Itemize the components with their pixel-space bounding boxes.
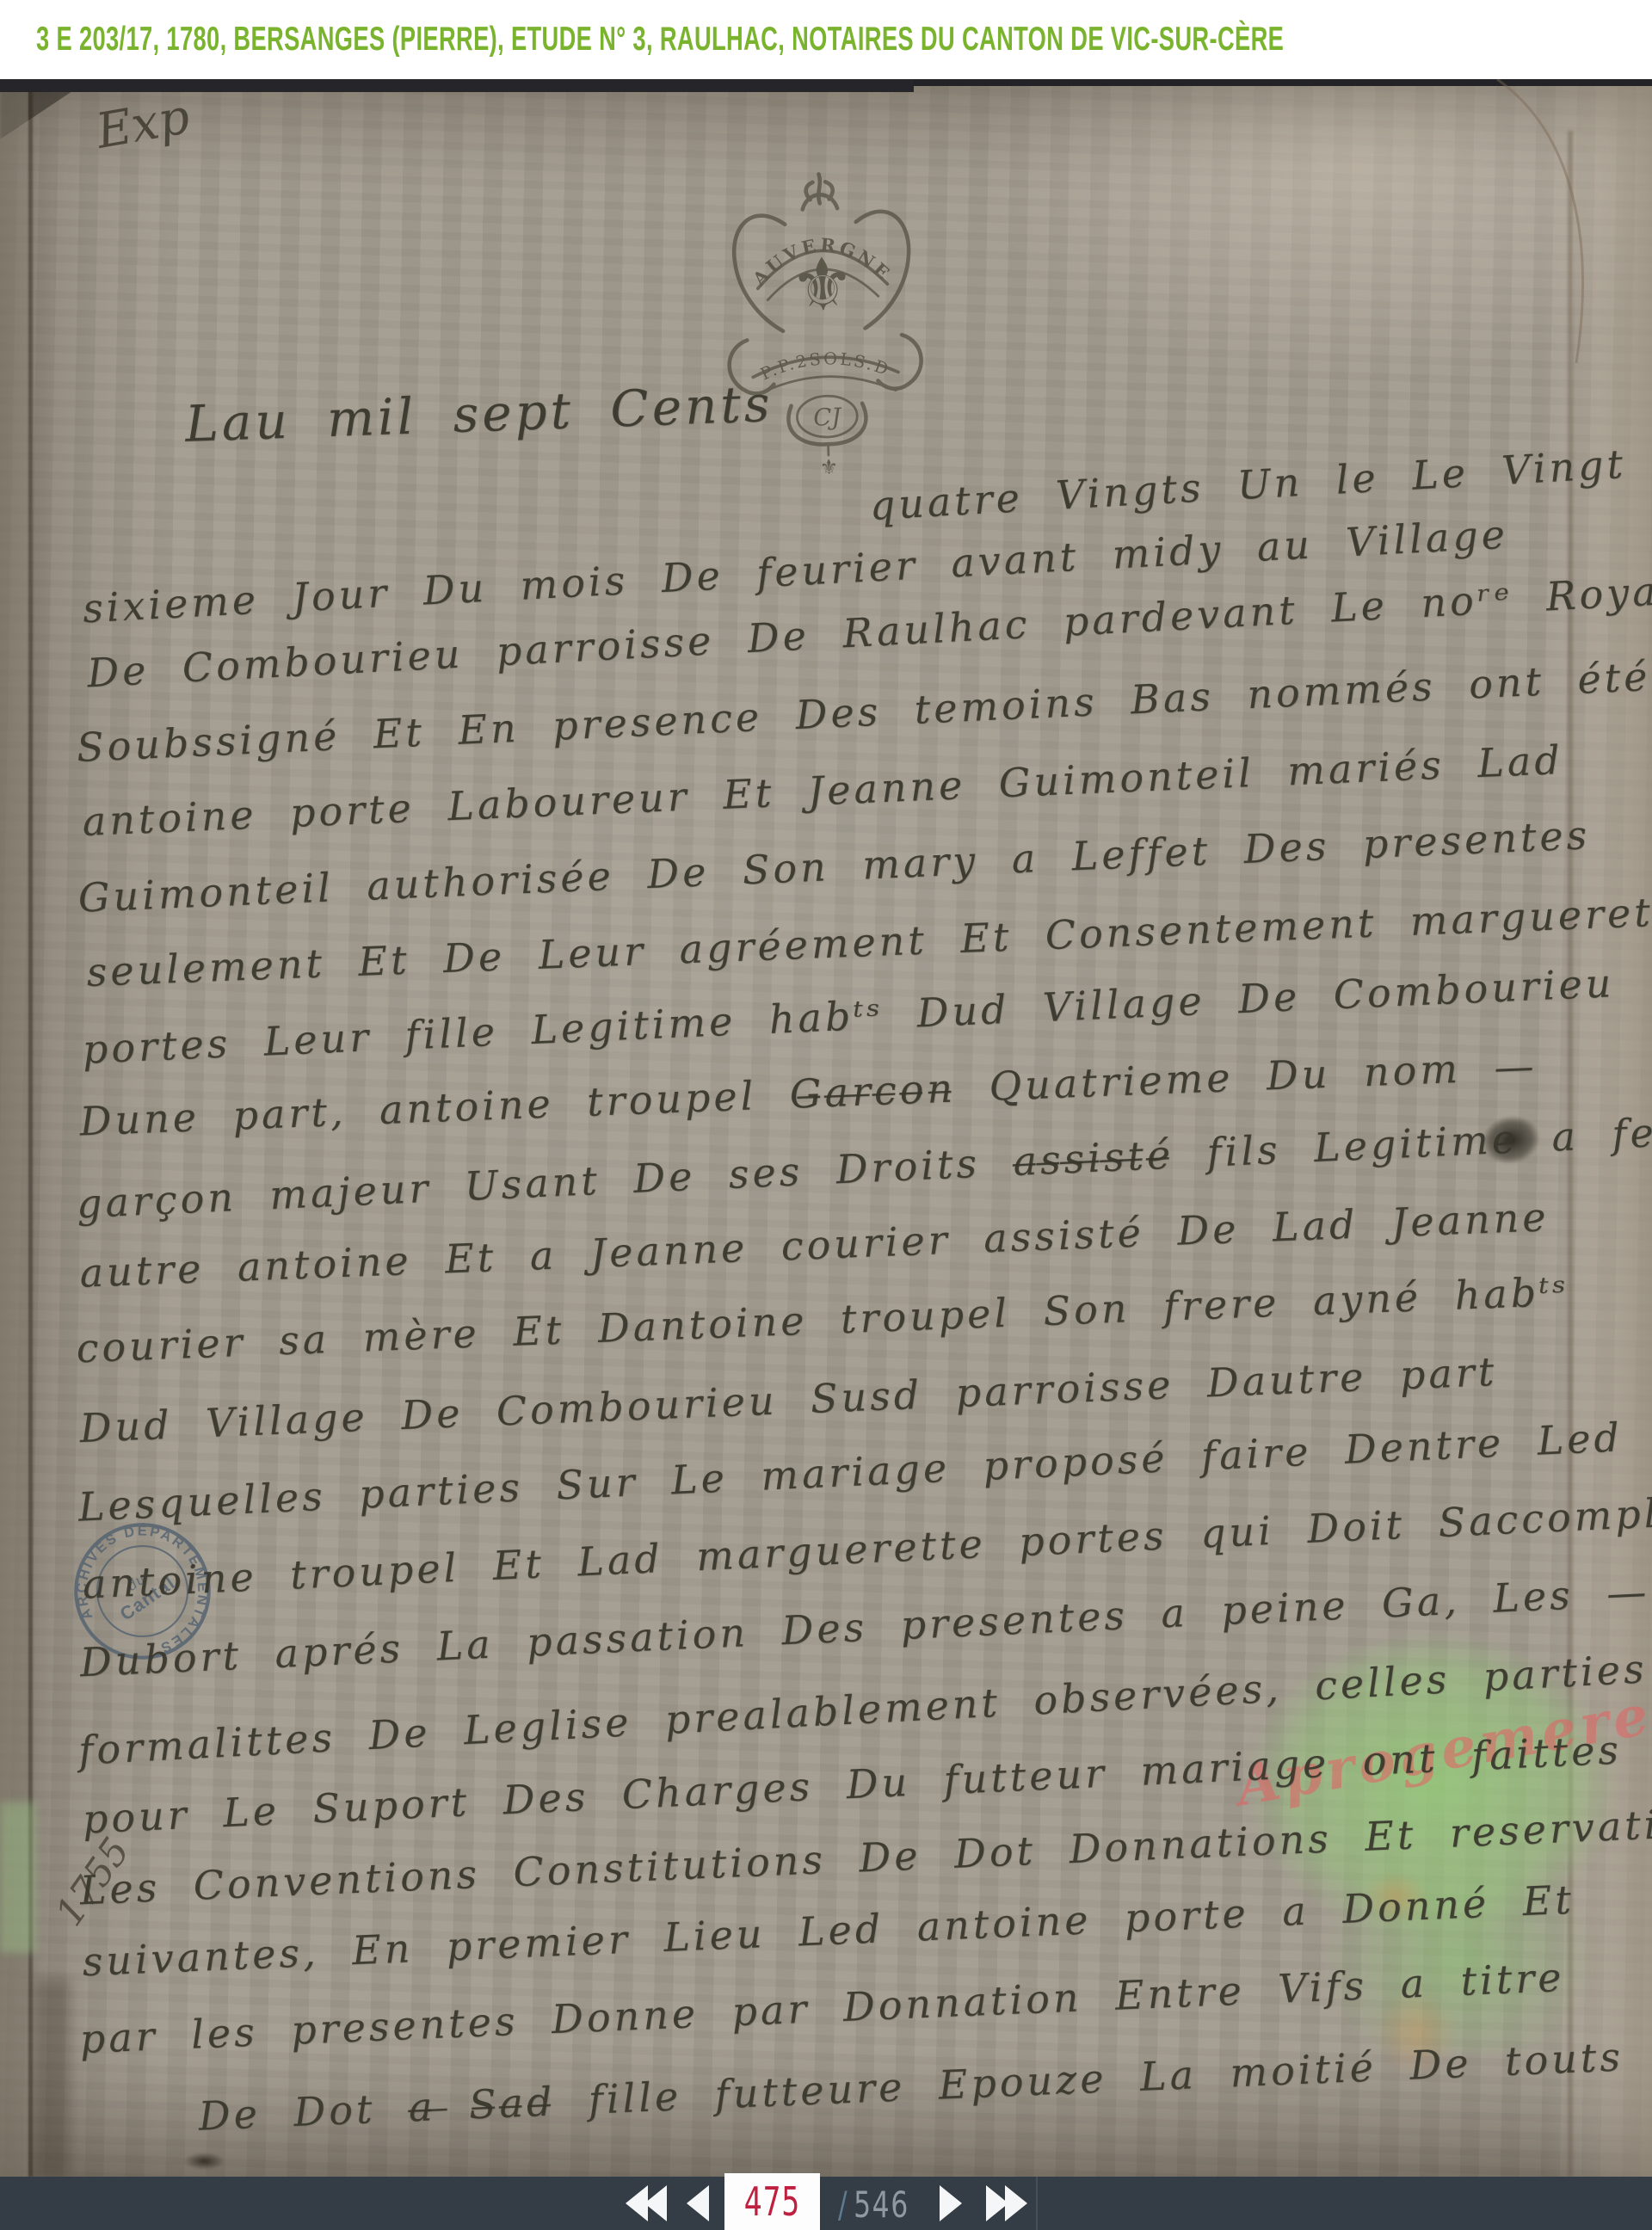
pager-bar: 475 /546 <box>0 2177 1652 2230</box>
total-pages-count: 546 <box>854 2184 909 2226</box>
manuscript-line: Lau mil sept Cents <box>184 374 774 453</box>
manuscript-line: quatre Vingts Un le Le Vingt — <box>868 436 1652 529</box>
first-page-button[interactable] <box>626 2185 667 2221</box>
step-backward-icon <box>687 2185 709 2221</box>
manuscript-line: De Dot a̶ ̶S̶a̶d̶ fille futteure Epouze … <box>198 2033 1624 2139</box>
archive-viewer: 3 E 203/17, 1780, BERSANGES (PIERRE), ET… <box>0 0 1652 2230</box>
fleur-de-lis-icon: ⚜ <box>789 243 857 327</box>
fast-backward-icon <box>644 2185 667 2221</box>
fast-forward-icon <box>1005 2185 1027 2221</box>
page-separator: / <box>838 2184 854 2226</box>
last-page-button[interactable] <box>986 2185 1027 2221</box>
pager-divider <box>1036 2177 1038 2230</box>
green-stain-left-edge <box>0 1802 36 1953</box>
exp-annotation: Exp <box>92 89 194 160</box>
previous-page-button[interactable] <box>687 2185 709 2221</box>
page-number-input[interactable]: 475 <box>724 2173 820 2230</box>
document-reference-title: 3 E 203/17, 1780, BERSANGES (PIERRE), ET… <box>36 21 1284 59</box>
stamp-tassel-fleur-icon: ⚜ <box>819 456 838 480</box>
step-forward-icon <box>940 2185 962 2221</box>
scan-top-edge-left <box>0 79 914 92</box>
stamp-monogram: CJ <box>813 403 843 432</box>
small-ink-blot <box>181 2151 228 2171</box>
next-page-button[interactable] <box>940 2185 962 2221</box>
document-scan[interactable]: AUVERGNE P.P.2SOLS.D ⚜ CJ ⚜ ARCHIVES DÉP… <box>0 79 1652 2177</box>
top-right-crease <box>1463 79 1652 363</box>
total-pages: /546 <box>838 2184 909 2226</box>
bottom-left-shadow <box>34 1979 71 2177</box>
current-page-number: 475 <box>744 2178 800 2225</box>
header-bar: 3 E 203/17, 1780, BERSANGES (PIERRE), ET… <box>0 0 1652 79</box>
